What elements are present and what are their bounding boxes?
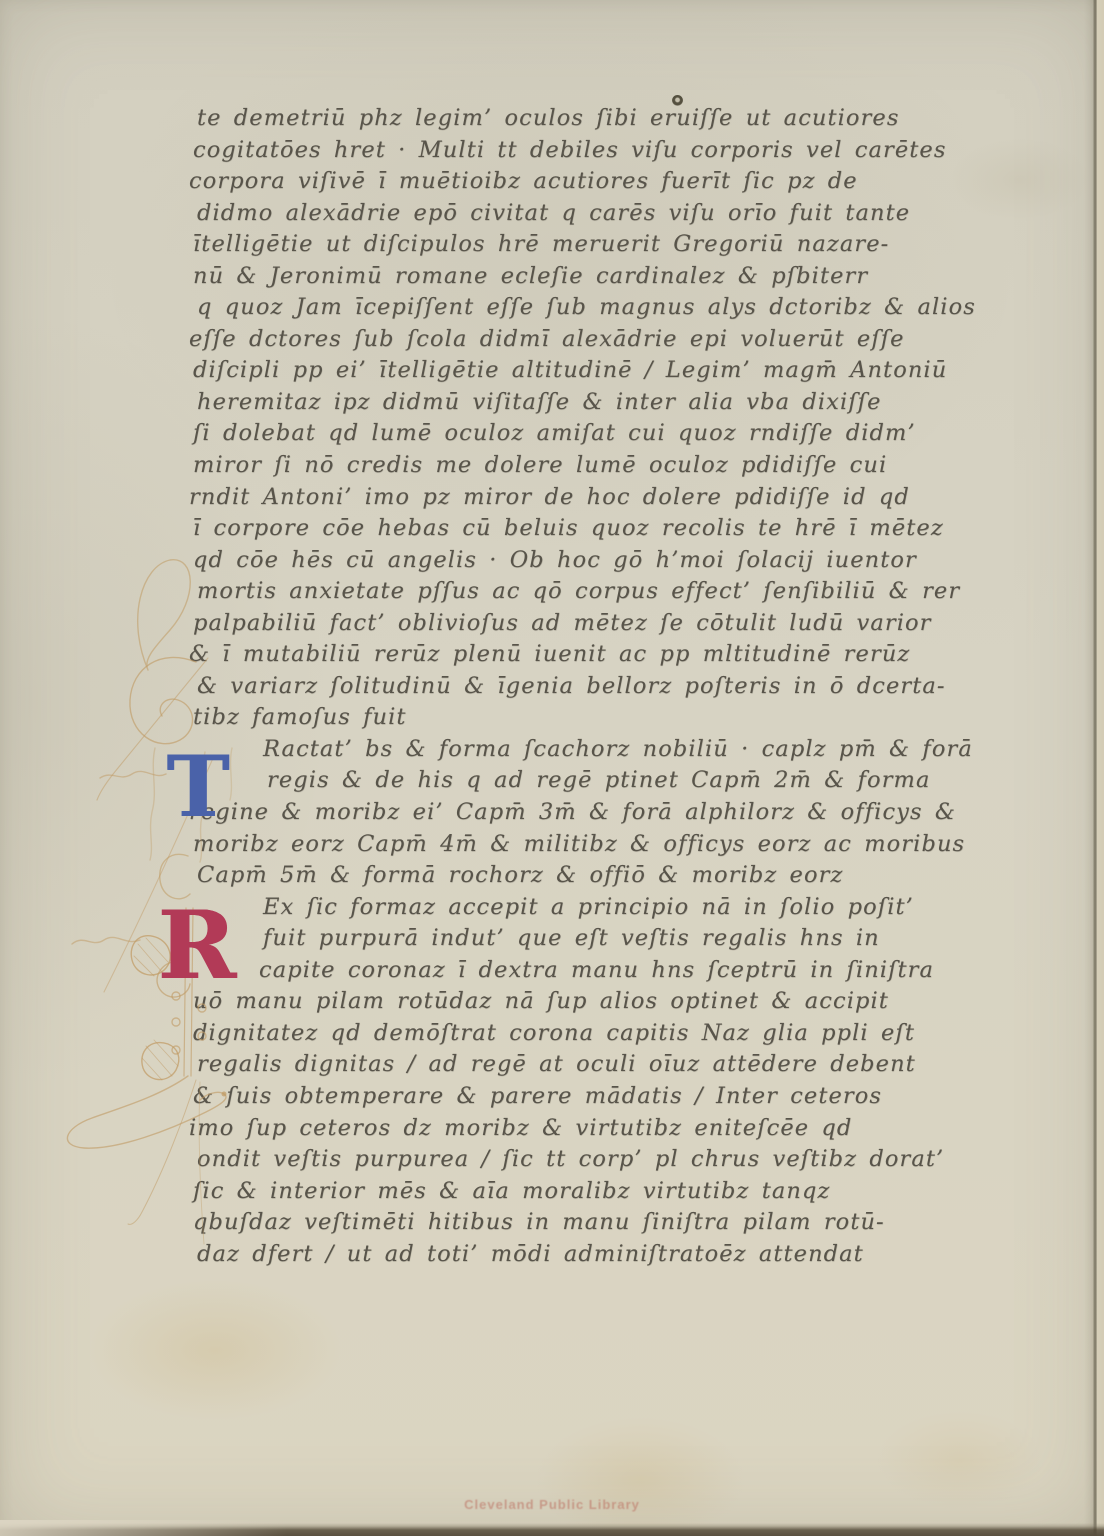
text-line: ſic & interior mēs & aīa moralibz virtut… (193, 1176, 1038, 1208)
library-stamp: Cleveland Public Library (0, 1497, 1104, 1512)
descending-hairline-1 (128, 1080, 196, 1224)
text-line: regine & moribz ei’ Capm̄ 3m̄ & forā alp… (189, 797, 1034, 829)
wormhole-dot (672, 95, 683, 106)
text-line: nū & Jeronimū romane ecleſie cardinalez … (193, 261, 1038, 293)
text-line: uō manu pilam rotūdaz nā ſup alios optin… (193, 986, 1038, 1018)
text-line: regalis dignitas / ad regē at oculi oīuz… (197, 1049, 1042, 1081)
drop-cap-initial-t: T (167, 747, 230, 827)
penwork-leaf-3 (142, 1043, 179, 1080)
text-line: capite coronaz ī dextra manu hns ſceptrū… (189, 955, 1034, 987)
text-line: imo ſup ceteros dz moribz & virtutibz en… (189, 1113, 1034, 1145)
margin-spiral-flourish (130, 657, 196, 743)
text-line: moribz eorz Capm̄ 4m̄ & militibz & offic… (193, 829, 1038, 861)
ghost-penwork-1 (150, 748, 155, 860)
text-line: & variarz ſolitudinū & īgenia bellorz po… (197, 671, 1042, 703)
text-line: ītelligētie ut diſcipulos hrē meruerit G… (193, 229, 1038, 261)
page-edge-right (1084, 0, 1104, 1536)
text-line: & ī mutabiliū rerūz plenū iuenit ac pp m… (189, 639, 1034, 671)
text-line: dignitatez qd demōſtrat corona capitis N… (193, 1018, 1038, 1050)
text-line: didmo alexādrie epō civitat q carēs viſu… (197, 198, 1042, 230)
text-line: cogitatōes hret · Multi tt debiles viſu … (193, 135, 1038, 167)
text-line: miror ſi nō credis me dolere lumē oculoz… (193, 450, 1038, 482)
text-line: diſcipli pp ei’ ītelligētie altitudinē /… (193, 355, 1038, 387)
text-line: heremitaz ipz didmū viſitaſſe & inter al… (197, 387, 1042, 419)
text-line: & ſuis obtemperare & parere mādatis / In… (193, 1081, 1038, 1113)
margin-scribble-near-t (100, 771, 166, 778)
text-line: mortis anxietate pſſus ac qō corpus effe… (197, 576, 1042, 608)
text-line: rndit Antoni’ imo pz miror de hoc dolere… (189, 482, 1034, 514)
text-line-chapter-list-start: Ractat’ bs & forma ſcachorz nobiliū · ca… (193, 734, 1038, 766)
text-line: eſſe dctores ſub ſcola didmī alexādrie e… (189, 324, 1034, 356)
text-block: T R te demetriū phz legim’ oculos ſibi e… (193, 103, 1038, 1270)
text-line: regis & de his q ad regē ptinet Capm̄ 2m… (197, 765, 1042, 797)
text-line: qd cōe hēs cū angelis · Ob hoc gō h’moi … (193, 545, 1038, 577)
chain-bead (172, 1046, 180, 1054)
drop-cap-initial-r: R (158, 900, 236, 992)
text-line: q quoz Jam īcepiſſent eſſe ſub magnus al… (197, 292, 1042, 324)
margin-scribble-near-r (72, 937, 140, 944)
text-line: tibz famoſus fuit (193, 702, 1038, 734)
text-line-rex-paragraph-start: Ex ſic formaz accepit a principio nā in … (193, 892, 1038, 924)
text-line: fuit purpurā indut’ que eſt veſtis regal… (193, 923, 1038, 955)
text-line: daz dfert / ut ad toti’ mōdi adminiſtrat… (197, 1239, 1042, 1271)
text-line: ī corpore cōe hebas cū beluis quoz recol… (193, 513, 1038, 545)
text-line: palpabiliū fact’ oblivioſus ad mētez ſe … (193, 608, 1038, 640)
text-line: Capm̄ 5m̄ & formā rochorz & offiō & mori… (197, 860, 1042, 892)
margin-loop-flourish (138, 560, 191, 670)
page-edge-bottom (0, 1520, 1104, 1536)
manuscript-page: T R te demetriū phz legim’ oculos ſibi e… (0, 0, 1104, 1536)
chain-bead (172, 1018, 180, 1026)
text-line: ondit veſtis purpurea / ſic tt corp’ pl … (197, 1144, 1042, 1176)
text-line: qbuſdaz veſtimēti hitibus in manu ſiniſt… (193, 1207, 1038, 1239)
text-line: ſi dolebat qd lumē oculoz amiſat cui quo… (193, 418, 1038, 450)
leaf-crosshatch-2 (142, 1040, 178, 1080)
text-line: corpora viſivē ī muētioibz acutiores fue… (189, 166, 1034, 198)
text-line: te demetriū phz legim’ oculos ſibi eruiſ… (197, 103, 1042, 135)
